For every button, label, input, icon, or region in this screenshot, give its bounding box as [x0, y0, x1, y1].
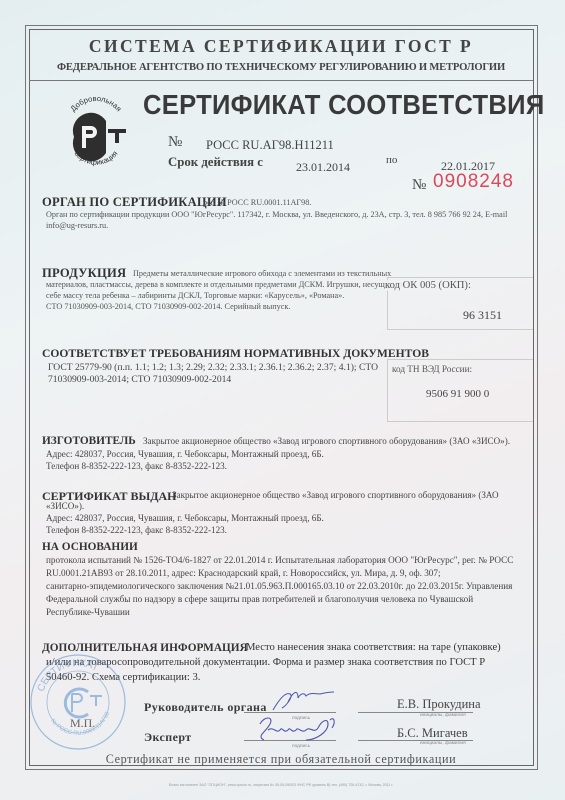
- expert-name-caption: инициалы, фамилия: [420, 741, 466, 746]
- serial-number: 0908248: [433, 171, 514, 193]
- manufacturer-line3: Телефон 8-8352-222-123, факс 8-8352-222-…: [46, 461, 227, 473]
- basis-line1: протокола испытаний № 1526-ТО4/6-1827 от…: [46, 555, 513, 567]
- print-info: Бланк изготовлен ЗАО "ОПЦИОН", www.opcio…: [29, 783, 533, 787]
- issued-to-line1: Закрытое акционерное общество «Завод игр…: [172, 490, 499, 502]
- okp-code-label: код ОК 005 (ОКП):: [385, 280, 471, 291]
- manufacturer-line2: Адрес: 428037, Россия, Чувашия, г. Чебок…: [46, 449, 324, 461]
- certificate-number: РОСС RU.АГ98.Н11211: [206, 138, 334, 153]
- system-title: СИСТЕМА СЕРТИФИКАЦИИ ГОСТ Р: [29, 36, 533, 57]
- head-name-caption: инициалы, фамилия: [420, 713, 466, 718]
- conformity-line2: 71030909-003-2014; СТО 71030909-002-2014: [48, 374, 231, 386]
- basis-line2: RU.0001.21АВ93 от 28.10.2011, адрес: Кра…: [46, 568, 441, 580]
- issued-to-line2: «ЗИСО»).: [46, 501, 84, 513]
- number-sign: №: [168, 134, 182, 151]
- agency-name: ФЕДЕРАЛЬНОЕ АГЕНТСТВО ПО ТЕХНИЧЕСКОМУ РЕ…: [29, 62, 533, 73]
- valid-from-date: 23.01.2014: [296, 160, 350, 175]
- validity-label: Срок действия с: [168, 155, 263, 170]
- expert-signature-icon: [250, 710, 340, 746]
- manufacturer-heading: ИЗГОТОВИТЕЛЬ: [42, 435, 136, 447]
- basis-heading: НА ОСНОВАНИИ: [42, 541, 138, 553]
- expert-name: Б.С. Мигачев: [397, 726, 468, 741]
- conformity-heading: СООТВЕТСТВУЕТ ТРЕБОВАНИЯМ НОРМАТИВНЫХ ДО…: [42, 347, 429, 360]
- svg-text:СЕРТИФИКАТ: СЕРТИФИКАТ: [36, 658, 100, 693]
- serial-sign: №: [412, 177, 426, 194]
- header-divider: [29, 80, 533, 81]
- conformity-line1: ГОСТ 25779-90 (п.п. 1.1; 1.2; 1.3; 2.29;…: [48, 362, 378, 374]
- additional-line1: Место нанесения знака соответствия: на т…: [246, 641, 501, 655]
- product-line3: себе массу тела ребенка – лабиринты ДСКЛ…: [46, 291, 344, 300]
- tnved-code-value: 9506 91 900 0: [426, 388, 489, 400]
- basis-line3: санитарно-эпидемиологического заключения…: [46, 581, 512, 593]
- certificate-title: СЕРТИФИКАТ СООТВЕТСТВИЯ: [143, 89, 544, 121]
- product-line1: Предметы металлические игрового обихода …: [133, 269, 391, 278]
- cert-body-line2: info@ug-resurs.ru.: [46, 221, 108, 230]
- cert-body-heading: ОРГАН ПО СЕРТИФИКАЦИИ: [42, 195, 227, 210]
- manufacturer-line1: Закрытое акционерное общество «Завод игр…: [143, 436, 510, 448]
- expert-signature-label: Эксперт: [144, 730, 192, 745]
- product-heading: ПРОДУКЦИЯ: [42, 266, 126, 281]
- stamp-place-label: М.П.: [70, 716, 95, 731]
- valid-to-label: по: [386, 154, 397, 166]
- cert-body-reg: рег. № РОСС RU.0001.11АГ98.: [203, 198, 311, 207]
- issued-to-line4: Телефон 8-8352-222-123, факс 8-8352-222-…: [46, 525, 227, 537]
- product-line2: материалов, пластмассы, дерева в комплек…: [46, 280, 403, 289]
- issued-to-line3: Адрес: 428037, Россия, Чувашия, г. Чебок…: [46, 513, 324, 525]
- product-line4: СТО 71030909-003-2014, СТО 71030909-002-…: [46, 302, 290, 311]
- head-name: Е.В. Прокудина: [397, 697, 481, 712]
- okp-code-value: 96 3151: [463, 308, 502, 323]
- cert-body-line1: Орган по сертификации продукции ООО "ЮгР…: [46, 210, 507, 219]
- certification-stamp-icon: СЕРТИФИКАТ № РОСС RU.0001.11АГ98: [28, 652, 128, 752]
- basis-line4: Федеральной службы по надзору в сфере за…: [46, 594, 473, 606]
- svg-text:Добровольная: Добровольная: [69, 94, 124, 113]
- footer-note: Сертификат не применяется при обязательн…: [29, 752, 533, 767]
- tnved-code-label: код ТН ВЭД России:: [392, 364, 472, 374]
- basis-line5: Республике-Чувашии: [46, 607, 130, 619]
- rst-logo-icon: Добровольная сертификация: [60, 95, 132, 175]
